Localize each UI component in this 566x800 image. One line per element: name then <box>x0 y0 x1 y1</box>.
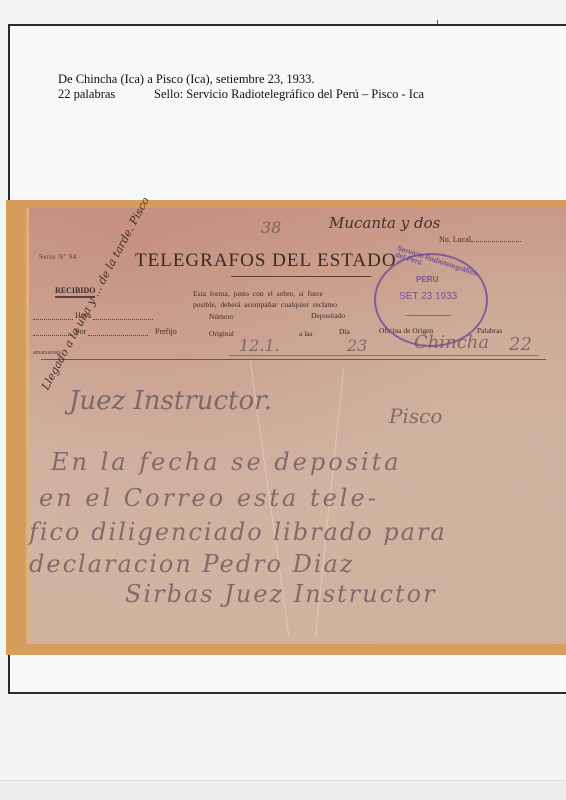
depositado-label: Depositado <box>311 311 345 320</box>
handwritten-number: 38 <box>261 218 281 237</box>
telegram-form: Serie Nº 94 TELEGRAFOS DEL ESTADO No. Lo… <box>6 200 566 655</box>
handwritten-body-line-2: en el Correo esta tele- <box>39 484 379 512</box>
caption-seal-note: Sello: Servicio Radiotelegráfico del Per… <box>154 87 424 102</box>
handwritten-signature: Sirbas Juez Instructor <box>125 580 437 608</box>
prefijo-label: Prefijo <box>155 327 177 336</box>
stamp-bar <box>406 315 451 316</box>
numero-label: Número <box>209 312 234 321</box>
handwritten-body-line-3: fico diligenciado librado para <box>29 518 447 546</box>
telegram-paper: Serie Nº 94 TELEGRAFOS DEL ESTADO No. Lo… <box>26 208 566 644</box>
a-las-label: a las <box>299 329 313 338</box>
instructions-line-2: posible, deberá acompañar cualquier recl… <box>193 299 337 310</box>
por-field: Por <box>33 327 148 336</box>
stamp-city: PERU <box>416 275 438 284</box>
handwritten-hora: 12.1. <box>239 336 280 355</box>
handwritten-addressee: Juez Instructor. <box>69 386 272 416</box>
handwritten-header-note: Mucanta y dos <box>329 214 440 232</box>
no-local-field: No. Local <box>439 235 521 244</box>
handwritten-destination: Pisco <box>389 404 442 428</box>
form-title: TELEGRAFOS DEL ESTADO <box>135 250 397 272</box>
caption-route-date: De Chincha (Ica) a Pisco (Ica), setiembr… <box>58 72 424 87</box>
stamp-date: SET 23 1933 <box>399 291 457 302</box>
instructions: Esta forma, junto con el sobre, si fuere… <box>193 288 337 310</box>
handwritten-body-line-4: declaracion Pedro Diaz <box>29 550 354 578</box>
title-rule <box>231 276 371 277</box>
handwritten-palabras: 22 <box>509 334 532 355</box>
stamp-outer-text: Servicio Radiotelegráfico del Perú <box>394 245 486 287</box>
caption-word-count: 22 palabras <box>58 87 154 102</box>
no-local-label: No. Local <box>439 235 471 244</box>
serial-number: Serie Nº 94 <box>39 253 77 261</box>
handwritten-dia: 23 <box>347 336 367 355</box>
field-rule <box>229 355 539 356</box>
original-label: Original <box>209 329 234 338</box>
handwritten-body-line-1: En la fecha se deposita <box>51 448 402 476</box>
handwritten-origin: Chincha <box>414 332 489 353</box>
dia-label: Día <box>339 327 350 336</box>
instructions-line-1: Esta forma, junto con el sobre, si fuere <box>193 288 337 299</box>
header-divider <box>41 359 546 360</box>
hora-field: Hora <box>33 311 153 320</box>
caption: De Chincha (Ica) a Pisco (Ica), setiembr… <box>58 72 424 102</box>
scan-bottom-edge <box>0 780 566 800</box>
